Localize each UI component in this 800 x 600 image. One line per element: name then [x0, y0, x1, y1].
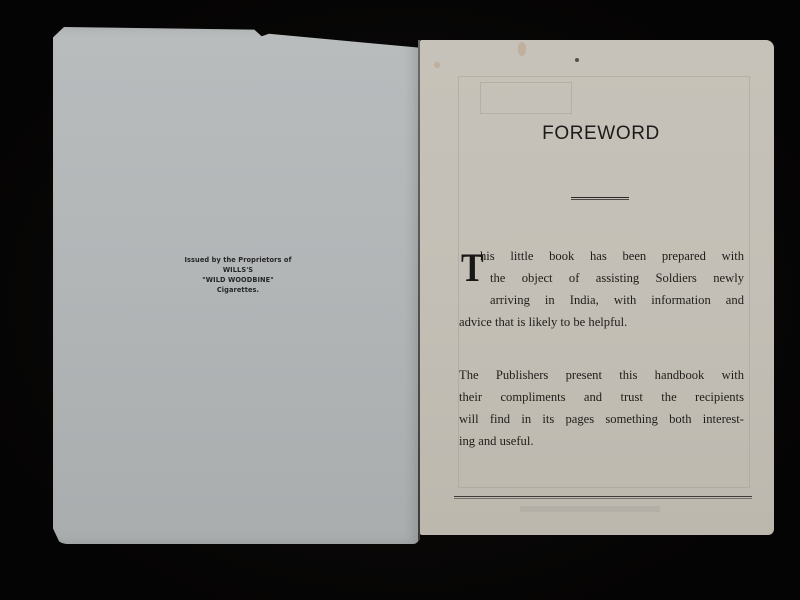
imprint-line: Issued by the Proprietors of — [183, 255, 293, 265]
imprint-line: WILLS'S — [183, 265, 293, 275]
show-through-label-box — [480, 82, 572, 114]
title-divider — [571, 197, 629, 198]
imprint-line: Cigarettes. — [183, 285, 293, 295]
imprint-line: "WILD WOODBINE" — [183, 275, 293, 285]
foxing-stain — [518, 42, 526, 56]
publisher-imprint: Issued by the Proprietors of WILLS'S "WI… — [183, 255, 293, 295]
foxing-stain — [434, 62, 440, 68]
foreword-paragraph-1: T his little book has been prepared with… — [459, 245, 744, 333]
text-line: The Publishers present this handbook wit… — [459, 364, 744, 386]
foxing-stain — [575, 58, 579, 62]
right-page: FOREWORD T his little book has been prep… — [420, 40, 774, 535]
drop-cap: T — [461, 248, 484, 288]
text-line: the object of assisting Soldiers newly — [459, 267, 744, 289]
footer-rule — [454, 496, 752, 497]
text-line: arriving in India, with information and — [459, 289, 744, 311]
text-line: their compliments and trust the recipien… — [459, 386, 744, 408]
page-title: FOREWORD — [420, 123, 782, 145]
open-booklet-photo: Issued by the Proprietors of WILLS'S "WI… — [0, 0, 800, 600]
show-through-footer-text — [520, 506, 660, 512]
text-line: ing and useful. — [459, 430, 744, 452]
left-page: Issued by the Proprietors of WILLS'S "WI… — [53, 27, 419, 544]
text-line: will find in its pages something both in… — [459, 408, 744, 430]
text-line: his little book has been prepared with — [459, 245, 744, 267]
foreword-paragraph-2: The Publishers present this handbook wit… — [459, 364, 744, 452]
text-line: advice that is likely to be helpful. — [459, 311, 744, 333]
